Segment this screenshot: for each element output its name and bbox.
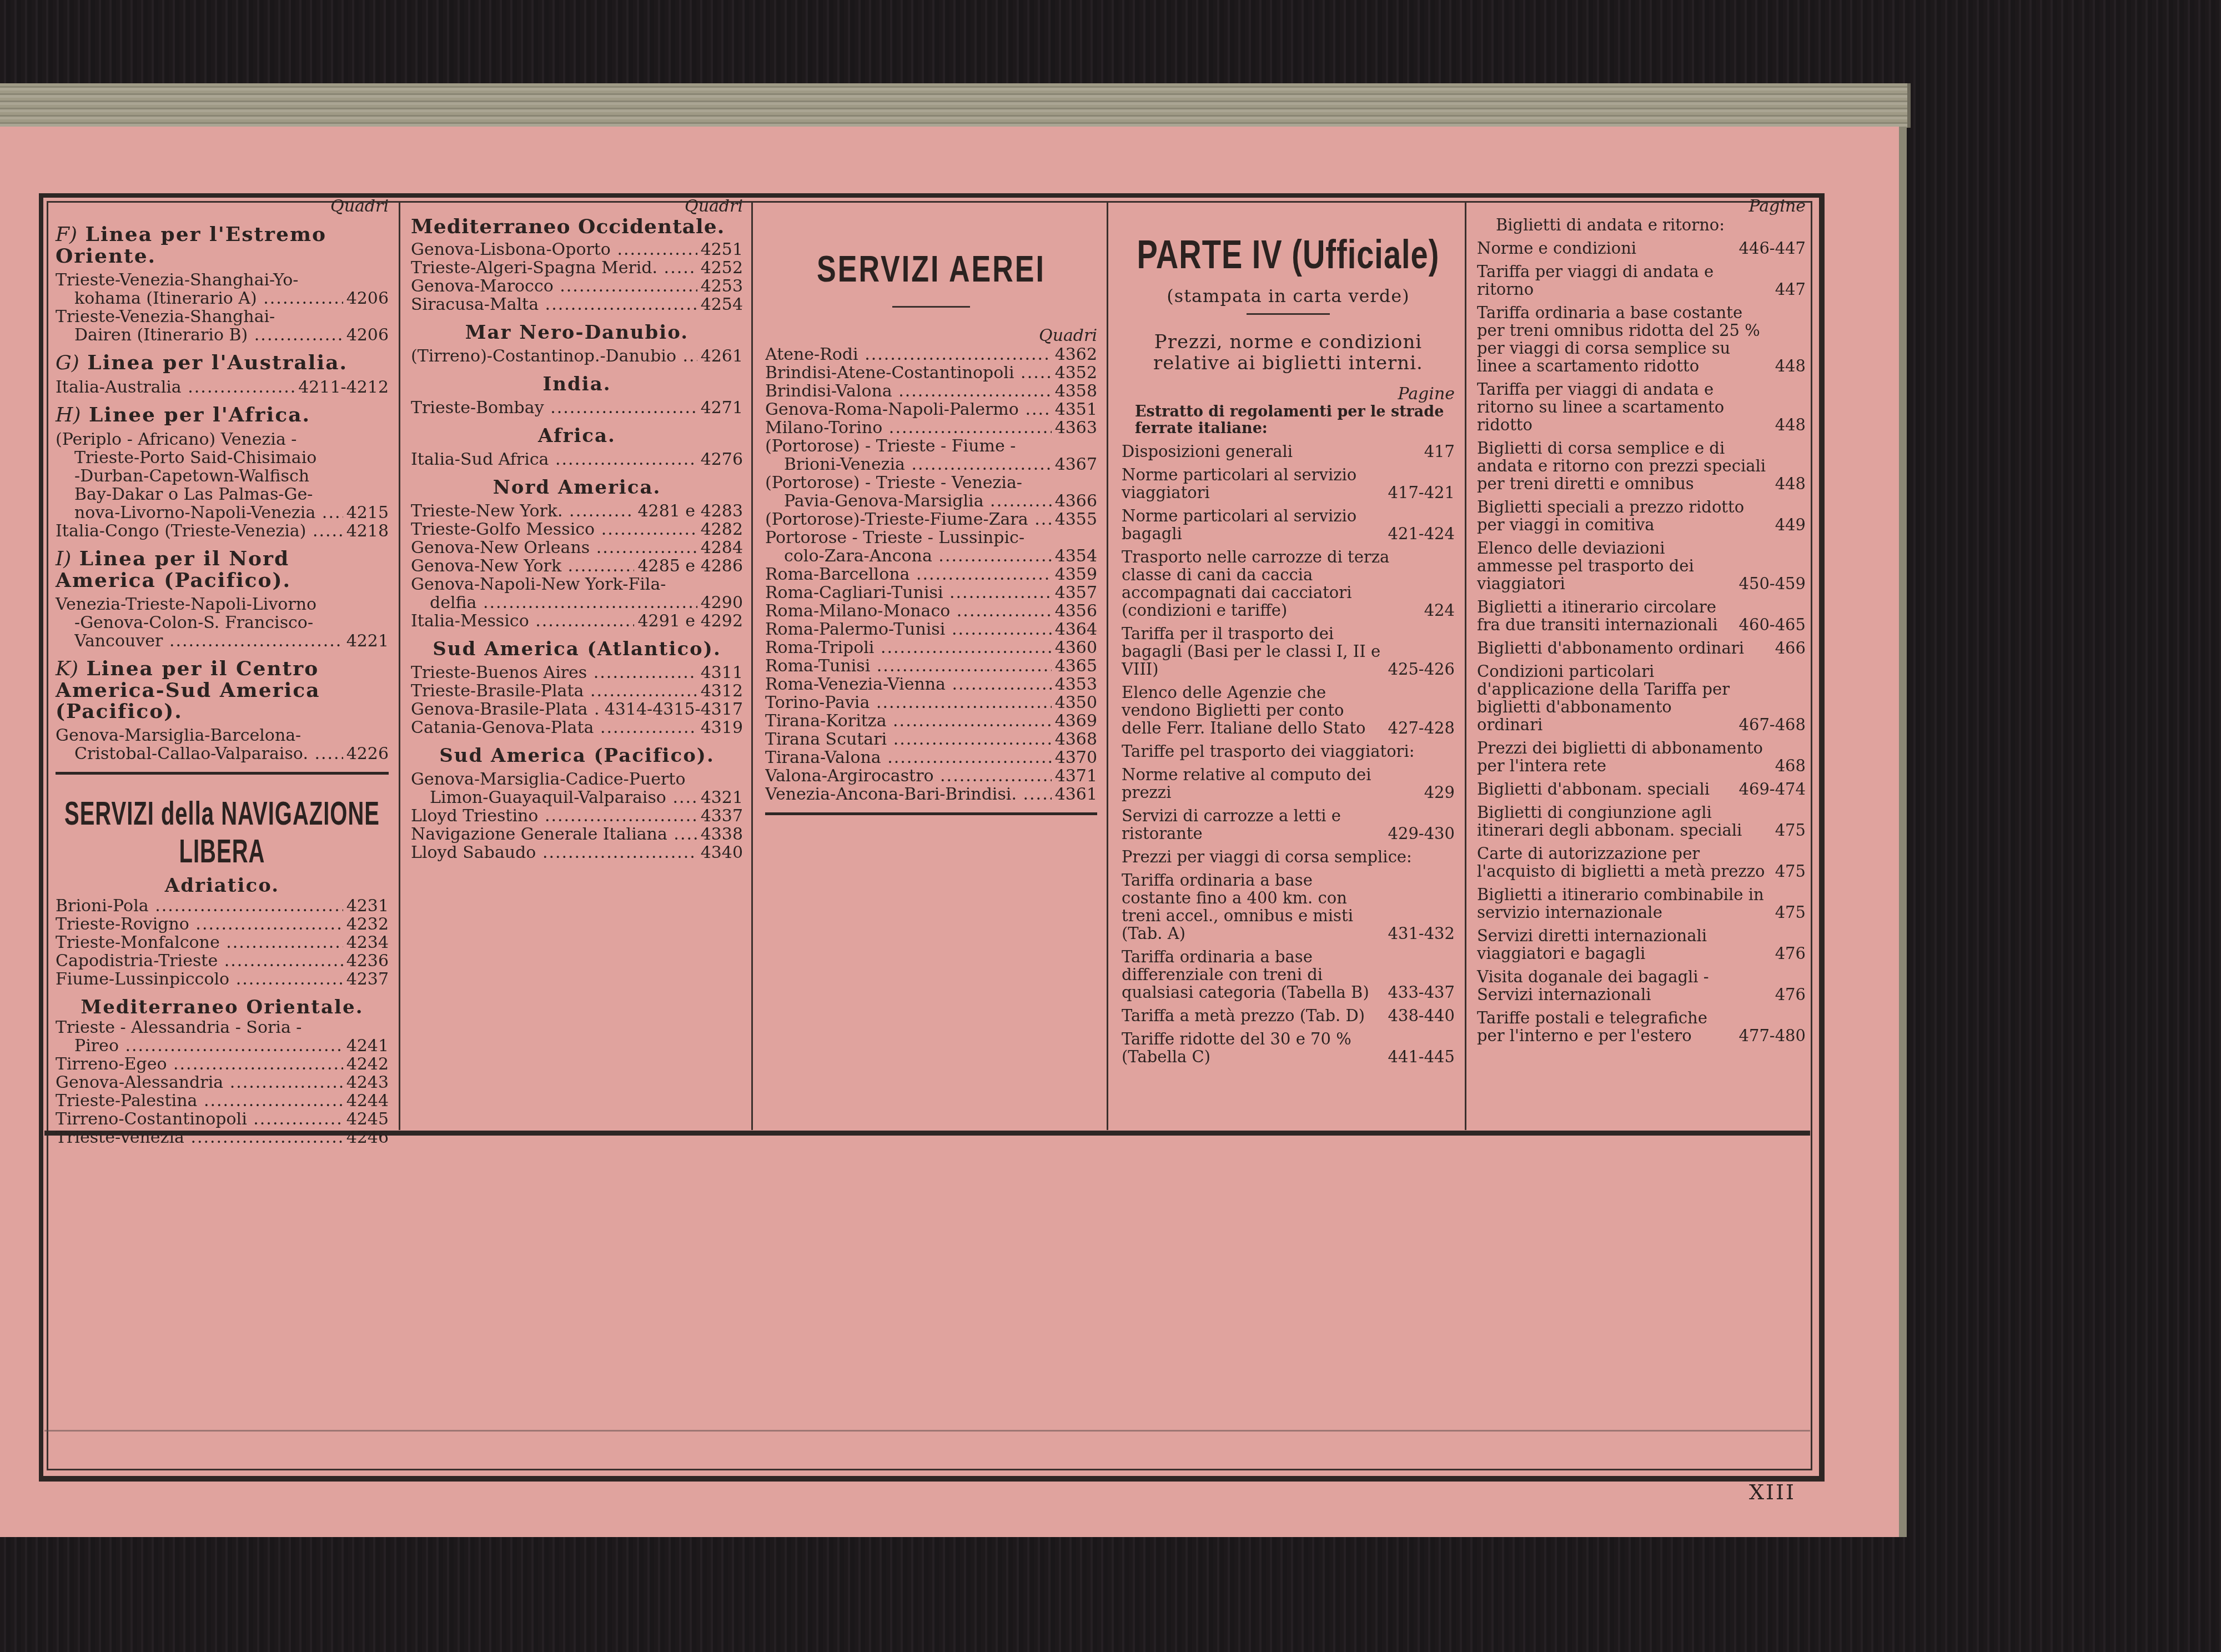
- entry-row: Tariffa per il trasporto dei bagagli (Ba…: [1122, 625, 1455, 678]
- section-title: India.: [411, 373, 743, 395]
- list-item: Trieste-Rovigno4232: [56, 915, 389, 933]
- list-item: Torino-Pavia4350: [765, 694, 1097, 712]
- entry-text: Condizioni particolari d'applicazione de…: [1477, 662, 1738, 734]
- list-item: Genova-Roma-Napoli-Palermo4351: [765, 400, 1097, 419]
- entry-ref: 4290: [697, 594, 743, 612]
- entry-ref: 4221: [343, 632, 389, 650]
- entry-row: Tariffa ordinaria a base costante fino a…: [1122, 871, 1455, 942]
- entry-label: Atene-Rodi: [765, 345, 1052, 364]
- entry-text: Tariffa per viaggi di andata e ritorno s…: [1477, 380, 1775, 434]
- list-item: Carte di autorizzazione per l'acquisto d…: [1477, 845, 1806, 880]
- section-letter: K): [56, 657, 78, 680]
- entry-row: Trieste-Brasile-Plata4312: [411, 682, 743, 700]
- entry-line: Venezia-Trieste-Napoli-Livorno: [56, 595, 389, 614]
- subsection-title-adriatico: Adriatico.: [56, 875, 389, 897]
- entry-row: Biglietti speciali a prezzo ridotto per …: [1477, 498, 1806, 534]
- list-item: Tirana Scutari4368: [765, 730, 1097, 749]
- section-letter: F): [56, 223, 77, 246]
- entry-row: Vancouver4221: [56, 632, 389, 650]
- list-item: Genova-Marsiglia-Cadice-PuertoLimon-Guay…: [411, 770, 743, 807]
- list-item: Trasporto nelle carrozze di terza classe…: [1122, 548, 1455, 619]
- entry-ref: 4284: [697, 539, 743, 557]
- entry-ref: 4338: [697, 825, 743, 843]
- entry-row: (Portorose)-Trieste-Fiume-Zara4355: [765, 510, 1097, 529]
- entry-row: Roma-Tripoli4360: [765, 639, 1097, 657]
- entry-label: Brindisi-Valona: [765, 382, 1052, 400]
- entry-ref: 441-445: [1388, 1048, 1455, 1066]
- entry-ref: 4242: [343, 1055, 389, 1073]
- entry-text: Tariffa a metà prezzo (Tab. D): [1122, 1007, 1388, 1025]
- list-item: Genova-Napoli-New York-Fila-delfia4290: [411, 575, 743, 612]
- section-title-navigazione-libera: SERVIZI della NAVIGAZIONE LIBERA: [56, 796, 389, 871]
- section-rule: [765, 812, 1097, 815]
- list-item: (Tirreno)-Costantinop.-Danubio4261: [411, 347, 743, 365]
- entry-ref: 4206: [343, 326, 389, 344]
- entry-row: Italia-Sud Africa4276: [411, 450, 743, 469]
- entry-row: Tirreno-Costantinopoli4245: [56, 1110, 389, 1128]
- entry-label: Brioni-Pola: [56, 897, 343, 915]
- section-title: K) Linea per il Centro America-Sud Ameri…: [56, 658, 389, 722]
- entry-row: Visita doganale dei bagagli - Servizi in…: [1477, 968, 1806, 1003]
- entry-ref: 4350: [1052, 694, 1097, 712]
- entry-row: Trieste-Rovigno4232: [56, 915, 389, 933]
- entry-ref: 4271: [697, 399, 743, 417]
- section-title: H) Linee per l'Africa.: [56, 404, 389, 426]
- entry-ref: 4360: [1052, 639, 1097, 657]
- entry-label: colo-Zara-Ancona: [784, 547, 1052, 565]
- entry-ref: 4363: [1052, 419, 1097, 437]
- entry-row: Disposizioni generali417: [1122, 443, 1455, 460]
- list-item: (Portorose)-Trieste-Fiume-Zara4355: [765, 510, 1097, 529]
- entry-label: Trieste-Venezia: [56, 1128, 343, 1147]
- list-item: Biglietti di congiunzione agli itinerari…: [1477, 804, 1806, 839]
- entry-row: Tirana-Koritza4369: [765, 712, 1097, 730]
- entry-row: Lloyd Triestino4337: [411, 807, 743, 825]
- list-item: Trieste-Venezia-Shanghai-Yo-kohama (Itin…: [56, 271, 389, 308]
- list-item: Genova-New York4285 e 4286: [411, 557, 743, 575]
- entry-label: Roma-Palermo-Tunisi: [765, 620, 1052, 639]
- column-header: Quadri: [765, 327, 1097, 345]
- entry-label: Italia-Sud Africa: [411, 450, 697, 469]
- entry-label: Tirana Scutari: [765, 730, 1052, 749]
- entry-row: delfia4290: [411, 594, 743, 612]
- list-item: Tariffa ordinaria a base costante fino a…: [1122, 871, 1455, 942]
- list-item: Norme relative al computo dei prezzi429: [1122, 766, 1455, 801]
- entry-row: Tariffe ridotte del 30 e 70 % (Tabella C…: [1122, 1030, 1455, 1066]
- entry-label: Roma-Venezia-Vienna: [765, 675, 1052, 694]
- list-item: Tariffe ridotte del 30 e 70 % (Tabella C…: [1122, 1030, 1455, 1066]
- entry-text: Biglietti di congiunzione agli itinerari…: [1477, 804, 1775, 839]
- list-item: Norme particolari al servizio bagagli421…: [1122, 507, 1455, 543]
- entry-label: Catania-Genova-Plata: [411, 719, 697, 737]
- entry-ref: 4285 e 4286: [634, 557, 743, 575]
- list-item: Fiume-Lussinpiccolo4237: [56, 970, 389, 988]
- entry-label: Trieste-Brasile-Plata: [411, 682, 697, 700]
- entry-line: Trieste-Venezia-Shanghai-Yo-: [56, 271, 389, 289]
- entry-ref: 467-468: [1738, 716, 1806, 734]
- list-item: Portorose - Trieste - Lussinpic-colo-Zar…: [765, 529, 1097, 565]
- entry-ref: 4215: [343, 504, 389, 522]
- entry-ref: 433-437: [1388, 983, 1455, 1001]
- entry-text: Elenco delle deviazioni ammesse pel tras…: [1477, 539, 1738, 592]
- column-header: Pagine: [1477, 197, 1806, 216]
- entry-label: Tirana-Valona: [765, 749, 1052, 767]
- entry-row: Tariffa ordinaria a base differenziale c…: [1122, 948, 1455, 1001]
- entry-row: Pavia-Genova-Marsiglia4366: [765, 492, 1097, 510]
- section-title-servizi-aerei: SERVIZI AEREI: [765, 248, 1097, 291]
- entry-label: Roma-Cagliari-Tunisi: [765, 584, 1052, 602]
- entry-row: Biglietti d'abbonam. speciali469-474: [1477, 780, 1806, 798]
- subtitle-carta-verde: (stampata in carta verde): [1122, 285, 1455, 307]
- entry-row: Tariffa a metà prezzo (Tab. D)438-440: [1122, 1007, 1455, 1025]
- entry-ref: 4254: [697, 295, 743, 314]
- entry-ref: 429-430: [1388, 825, 1455, 842]
- entry-label: Brindisi-Atene-Costantinopoli: [765, 364, 1052, 382]
- list-item: Disposizioni generali417: [1122, 443, 1455, 460]
- column-biglietti: Pagine Biglietti di andata e ritorno: No…: [1477, 197, 1806, 1045]
- entry-ref: 4218: [343, 522, 389, 540]
- entry-label: Roma-Milano-Monaco: [765, 602, 1052, 620]
- section-letter: G): [56, 352, 79, 374]
- list-item: Lloyd Triestino4337: [411, 807, 743, 825]
- list-item: Genova-Alessandria4243: [56, 1073, 389, 1092]
- title-rule: [892, 306, 970, 308]
- entry-ref: 468: [1775, 757, 1806, 775]
- entry-label: Trieste-Monfalcone: [56, 933, 343, 952]
- entry-label: Venezia-Ancona-Bari-Brindisi.: [765, 785, 1052, 804]
- entry-text: Tariffa ordinaria a base costante fino a…: [1122, 871, 1388, 942]
- list-item: Brindisi-Atene-Costantinopoli4352: [765, 364, 1097, 382]
- list-item: Capodistria-Trieste4236: [56, 952, 389, 970]
- entry-ref: 4246: [343, 1128, 389, 1147]
- list-item: Milano-Torino4363: [765, 419, 1097, 437]
- list-item: Atene-Rodi4362: [765, 345, 1097, 364]
- entry-line: Genova-Marsiglia-Barcelona-: [56, 726, 389, 745]
- entry-ref: 4253: [697, 277, 743, 295]
- entry-row: Biglietti di congiunzione agli itinerari…: [1477, 804, 1806, 839]
- entry-ref: 4355: [1052, 510, 1097, 529]
- entry-ref: 4365: [1052, 657, 1097, 675]
- entry-ref: 429: [1424, 784, 1455, 801]
- list-item: Tariffa per il trasporto dei bagagli (Ba…: [1122, 625, 1455, 678]
- entry-ref: 449: [1775, 516, 1806, 534]
- entry-ref: 4282: [697, 520, 743, 539]
- entry-label: Milano-Torino: [765, 419, 1052, 437]
- entry-line: Genova-Marsiglia-Cadice-Puerto: [411, 770, 743, 789]
- list-item: Trieste-Monfalcone4234: [56, 933, 389, 952]
- entry-text: Elenco delle Agenzie che vendono Bigliet…: [1122, 684, 1388, 737]
- entry-line: (Periplo - Africano) Venezia -: [56, 430, 389, 449]
- entry-label: Roma-Tripoli: [765, 639, 1052, 657]
- list-item: Trieste-Venezia-Shanghai-Dairen (Itinera…: [56, 308, 389, 344]
- title-rule: [1247, 313, 1330, 315]
- entry-row: Norme particolari al servizio viaggiator…: [1122, 466, 1455, 501]
- entry-label: Torino-Pavia: [765, 694, 1052, 712]
- list-item: Tirana-Koritza4369: [765, 712, 1097, 730]
- list-item: Elenco delle Agenzie che vendono Bigliet…: [1122, 684, 1455, 737]
- entry-label: Genova-Lisbona-Oporto: [411, 240, 697, 259]
- entry-label: Dairen (Itinerario B): [74, 326, 343, 344]
- entry-row: Trieste-New York.4281 e 4283: [411, 502, 743, 520]
- section-title-parte-iv: PARTE IV (Ufficiale): [1122, 230, 1455, 278]
- entry-row: Trieste-Golfo Messico4282: [411, 520, 743, 539]
- page-edges-stack: [0, 83, 1911, 128]
- entry-ref: 4311: [697, 664, 743, 682]
- entry-ref: 4369: [1052, 712, 1097, 730]
- column-divider: [399, 203, 400, 1130]
- section-title: I) Linea per il Nord America (Pacifico).: [56, 548, 389, 591]
- entry-ref: 460-465: [1738, 616, 1806, 634]
- entry-ref: 4232: [343, 915, 389, 933]
- entry-text: Disposizioni generali: [1122, 443, 1424, 460]
- entry-line: Trieste-Venezia-Shanghai-: [56, 308, 389, 326]
- entry-ref: 4356: [1052, 602, 1097, 620]
- entry-label: Genova-Brasile-Plata: [411, 700, 601, 719]
- entry-text: Norme e condizioni: [1477, 239, 1738, 257]
- entry-row: Norme particolari al servizio bagagli421…: [1122, 507, 1455, 543]
- list-item: Trieste-Brasile-Plata4312: [411, 682, 743, 700]
- entry-row: Dairen (Itinerario B)4206: [56, 326, 389, 344]
- list-item: Norme particolari al servizio viaggiator…: [1122, 466, 1455, 501]
- list-item: (Portorose) - Trieste - Venezia-Pavia-Ge…: [765, 474, 1097, 510]
- list-item: Brioni-Pola4231: [56, 897, 389, 915]
- entry-text: Tariffa per viaggi di andata e ritorno: [1477, 263, 1775, 298]
- entry-ref: 476: [1775, 945, 1806, 962]
- list-item: Tariffa ordinaria a base differenziale c…: [1122, 948, 1455, 1001]
- entry-label: Capodistria-Trieste: [56, 952, 343, 970]
- entry-ref: 475: [1775, 862, 1806, 880]
- entry-label: Trieste-Buenos Aires: [411, 664, 697, 682]
- section-rule: [56, 772, 389, 775]
- entry-text: Norme particolari al servizio bagagli: [1122, 507, 1388, 543]
- entry-row: Tirana-Valona4370: [765, 749, 1097, 767]
- entry-ref: 4319: [697, 719, 743, 737]
- entry-row: Genova-Marocco4253: [411, 277, 743, 295]
- entry-ref: 448: [1775, 357, 1806, 375]
- entry-row: Trieste-Palestina4244: [56, 1092, 389, 1110]
- entry-text: Biglietti a itinerario circolare fra due…: [1477, 598, 1738, 634]
- entry-row: Italia-Messico4291 e 4292: [411, 612, 743, 630]
- entry-row: Elenco delle deviazioni ammesse pel tras…: [1477, 539, 1806, 592]
- list-item: Genova-Lisbona-Oporto4251: [411, 240, 743, 259]
- andata-ritorno-heading: Biglietti di andata e ritorno:: [1477, 216, 1806, 234]
- entry-row: Prezzi dei biglietti di abbonamento per …: [1477, 739, 1806, 775]
- entry-label: Trieste-New York.: [411, 502, 634, 520]
- entry-ref: 4354: [1052, 547, 1097, 565]
- entry-row: Tirana Scutari4368: [765, 730, 1097, 749]
- entry-label: Cristobal-Callao-Valparaiso.: [74, 745, 343, 763]
- entry-ref: 447: [1775, 280, 1806, 298]
- entry-row: Trieste-Venezia4246: [56, 1128, 389, 1147]
- list-item: Roma-Cagliari-Tunisi4357: [765, 584, 1097, 602]
- entry-row: Roma-Milano-Monaco4356: [765, 602, 1097, 620]
- section-name: Linea per l'Estremo Oriente.: [56, 223, 326, 268]
- entry-row: Torino-Pavia4350: [765, 694, 1097, 712]
- list-item: Trieste-Golfo Messico4282: [411, 520, 743, 539]
- list-item: Tirana-Valona4370: [765, 749, 1097, 767]
- list-item: Trieste-Algeri-Spagna Merid.4252: [411, 259, 743, 277]
- entry-row: Italia-Congo (Trieste-Venezia)4218: [56, 522, 389, 540]
- entry-label: Genova-New Orleans: [411, 539, 697, 557]
- entry-row: Genova-Alessandria4243: [56, 1073, 389, 1092]
- section-letter: I): [56, 548, 71, 570]
- column-header: Quadri: [56, 197, 389, 216]
- entry-ref: 448: [1775, 475, 1806, 493]
- entry-row: Genova-Roma-Napoli-Palermo4351: [765, 400, 1097, 419]
- entry-line: Genova-Napoli-New York-Fila-: [411, 575, 743, 594]
- entry-line: (Portorose) - Trieste - Fiume -: [765, 437, 1097, 455]
- entry-label: (Tirreno)-Costantinop.-Danubio: [411, 347, 697, 365]
- entry-row: Carte di autorizzazione per l'acquisto d…: [1477, 845, 1806, 880]
- list-item: Servizi diretti internazionali viaggiato…: [1477, 927, 1806, 962]
- entry-row: Genova-Lisbona-Oporto4251: [411, 240, 743, 259]
- entry-ref: 424: [1424, 601, 1455, 619]
- list-item: Prezzi dei biglietti di abbonamento per …: [1477, 739, 1806, 775]
- entry-row: Roma-Tunisi4365: [765, 657, 1097, 675]
- entry-ref: 4370: [1052, 749, 1097, 767]
- section-title: Nord America.: [411, 476, 743, 499]
- entry-row: Pireo4241: [56, 1037, 389, 1055]
- entry-row: Limon-Guayaquil-Valparaiso4321: [411, 789, 743, 807]
- list-item: Italia-Congo (Trieste-Venezia)4218: [56, 522, 389, 540]
- entry-label: Genova-New York: [411, 557, 634, 575]
- entry-label: Brioni-Venezia: [784, 455, 1052, 474]
- page-side-edge: [1899, 127, 1907, 1537]
- section-title: G) Linea per l'Australia.: [56, 352, 389, 374]
- entry-ref: 4244: [343, 1092, 389, 1110]
- entry-row: Biglietti a itinerario circolare fra due…: [1477, 598, 1806, 634]
- entry-row: Trasporto nelle carrozze di terza classe…: [1122, 548, 1455, 619]
- entry-ref: 4357: [1052, 584, 1097, 602]
- entry-row: Tirreno-Egeo4242: [56, 1055, 389, 1073]
- entry-ref: 431-432: [1388, 925, 1455, 942]
- estratto-heading: Estratto di regolamenti per le strade fe…: [1122, 404, 1455, 437]
- entry-label: Italia-Congo (Trieste-Venezia): [56, 522, 343, 540]
- entry-ref: 4312: [697, 682, 743, 700]
- entry-ref: 425-426: [1388, 660, 1455, 678]
- column-divider: [1107, 203, 1108, 1130]
- entry-label: kohama (Itinerario A): [74, 289, 343, 308]
- section-title: Mediterraneo Occidentale.: [411, 216, 743, 237]
- entry-ref: 4359: [1052, 565, 1097, 584]
- entry-row: Trieste-Monfalcone4234: [56, 933, 389, 952]
- entry-row: Fiume-Lussinpiccolo4237: [56, 970, 389, 988]
- entry-label: Tirana-Koritza: [765, 712, 1052, 730]
- entry-text: Trasporto nelle carrozze di terza classe…: [1122, 548, 1424, 619]
- subsection-title-mediterraneo-orientale: Mediterraneo Orientale.: [56, 996, 389, 1018]
- list-item: Tariffa per viaggi di andata e ritorno s…: [1477, 380, 1806, 434]
- list-item: Biglietti speciali a prezzo ridotto per …: [1477, 498, 1806, 534]
- entry-row: colo-Zara-Ancona4354: [765, 547, 1097, 565]
- list-item: Trieste - Alessandria - Soria -Pireo4241: [56, 1018, 389, 1055]
- entry-row: Brindisi-Atene-Costantinopoli4352: [765, 364, 1097, 382]
- list-item: Biglietti d'abbonam. speciali469-474: [1477, 780, 1806, 798]
- list-item: Catania-Genova-Plata4319: [411, 719, 743, 737]
- entry-ref: 4252: [697, 259, 743, 277]
- column-servizi-aerei: SERVIZI AEREI Quadri Atene-Rodi4362Brind…: [765, 197, 1097, 815]
- entry-ref: 4367: [1052, 455, 1097, 474]
- section-title: Africa.: [411, 425, 743, 447]
- entry-ref: 4206: [343, 289, 389, 308]
- entry-ref: 4245: [343, 1110, 389, 1128]
- entry-ref: 427-428: [1388, 719, 1455, 737]
- entry-text: Tariffa ordinaria a base costante per tr…: [1477, 304, 1775, 375]
- entry-label: Genova-Marocco: [411, 277, 697, 295]
- list-item: Tirreno-Costantinopoli4245: [56, 1110, 389, 1128]
- column-header: Pagine: [1122, 385, 1455, 404]
- entry-label: Navigazione Generale Italiana: [411, 825, 697, 843]
- column-parte-iv: PARTE IV (Ufficiale) (stampata in carta …: [1122, 197, 1455, 1066]
- entry-label: Lloyd Triestino: [411, 807, 697, 825]
- entry-row: Capodistria-Trieste4236: [56, 952, 389, 970]
- entry-ref: 4211-4212: [295, 378, 389, 396]
- entry-row: Roma-Barcellona4359: [765, 565, 1097, 584]
- entry-label: Tirreno-Egeo: [56, 1055, 343, 1073]
- list-item: Tirreno-Egeo4242: [56, 1055, 389, 1073]
- entry-label: Italia-Australia: [56, 378, 295, 396]
- entry-row: Condizioni particolari d'applicazione de…: [1477, 662, 1806, 734]
- list-item: Italia-Messico4291 e 4292: [411, 612, 743, 630]
- list-item: Trieste-Bombay4271: [411, 399, 743, 417]
- entry-row: Genova-New Orleans4284: [411, 539, 743, 557]
- section-title: Mar Nero-Danubio.: [411, 322, 743, 344]
- list-item: Navigazione Generale Italiana4338: [411, 825, 743, 843]
- entry-row: Italia-Australia4211-4212: [56, 378, 389, 396]
- entry-row: Navigazione Generale Italiana4338: [411, 825, 743, 843]
- entry-text: Biglietti di corsa semplice e di andata …: [1477, 439, 1775, 493]
- list-item: (Portorose) - Trieste - Fiume -Brioni-Ve…: [765, 437, 1097, 474]
- entry-ref: 4234: [343, 933, 389, 952]
- entry-row: Elenco delle Agenzie che vendono Bigliet…: [1122, 684, 1455, 737]
- entry-row: Trieste-Bombay4271: [411, 399, 743, 417]
- list-item: Italia-Sud Africa4276: [411, 450, 743, 469]
- column-header: Quadri: [411, 197, 743, 216]
- entry-text: Biglietti d'abbonam. speciali: [1477, 780, 1738, 798]
- entry-label: Trieste-Palestina: [56, 1092, 343, 1110]
- list-item: Tariffa ordinaria a base costante per tr…: [1477, 304, 1806, 375]
- entry-row: Tariffa ordinaria a base costante per tr…: [1477, 304, 1806, 375]
- entry-ref: 4361: [1052, 785, 1097, 804]
- entry-ref: 448: [1775, 416, 1806, 434]
- list-item: Roma-Venezia-Vienna4353: [765, 675, 1097, 694]
- list-item: Trieste-Buenos Aires4311: [411, 664, 743, 682]
- entry-label: Lloyd Sabaudo: [411, 843, 697, 862]
- entry-ref: 4351: [1052, 400, 1097, 419]
- entry-label: Siracusa-Malta: [411, 295, 697, 314]
- entry-line: -Durban-Capetown-Walfisch: [56, 467, 389, 485]
- entry-row: Milano-Torino4363: [765, 419, 1097, 437]
- list-item: Biglietti a itinerario combinabile in se…: [1477, 886, 1806, 921]
- entry-row: kohama (Itinerario A)4206: [56, 289, 389, 308]
- section-title: Sud America (Atlantico).: [411, 638, 743, 660]
- entry-label: Genova-Roma-Napoli-Palermo: [765, 400, 1052, 419]
- entry-text: Prezzi dei biglietti di abbonamento per …: [1477, 739, 1775, 775]
- entry-label: Italia-Messico: [411, 612, 634, 630]
- entry-text: Biglietti a itinerario combinabile in se…: [1477, 886, 1775, 921]
- entry-line: Trieste-Porto Said-Chisimaio: [56, 449, 389, 467]
- entry-label: delfia: [430, 594, 697, 612]
- list-item: Valona-Argirocastro4371: [765, 767, 1097, 785]
- list-item: Tariffa per viaggi di andata e ritorno44…: [1477, 263, 1806, 298]
- list-item: Biglietti d'abbonamento ordinari466: [1477, 639, 1806, 657]
- list-item: Brindisi-Valona4358: [765, 382, 1097, 400]
- entry-ref: 446-447: [1738, 239, 1806, 257]
- entry-row: Siracusa-Malta4254: [411, 295, 743, 314]
- list-item: Roma-Barcellona4359: [765, 565, 1097, 584]
- entry-ref: 4261: [697, 347, 743, 365]
- list-item: Trieste-Palestina4244: [56, 1092, 389, 1110]
- entry-label: (Portorose)-Trieste-Fiume-Zara: [765, 510, 1052, 529]
